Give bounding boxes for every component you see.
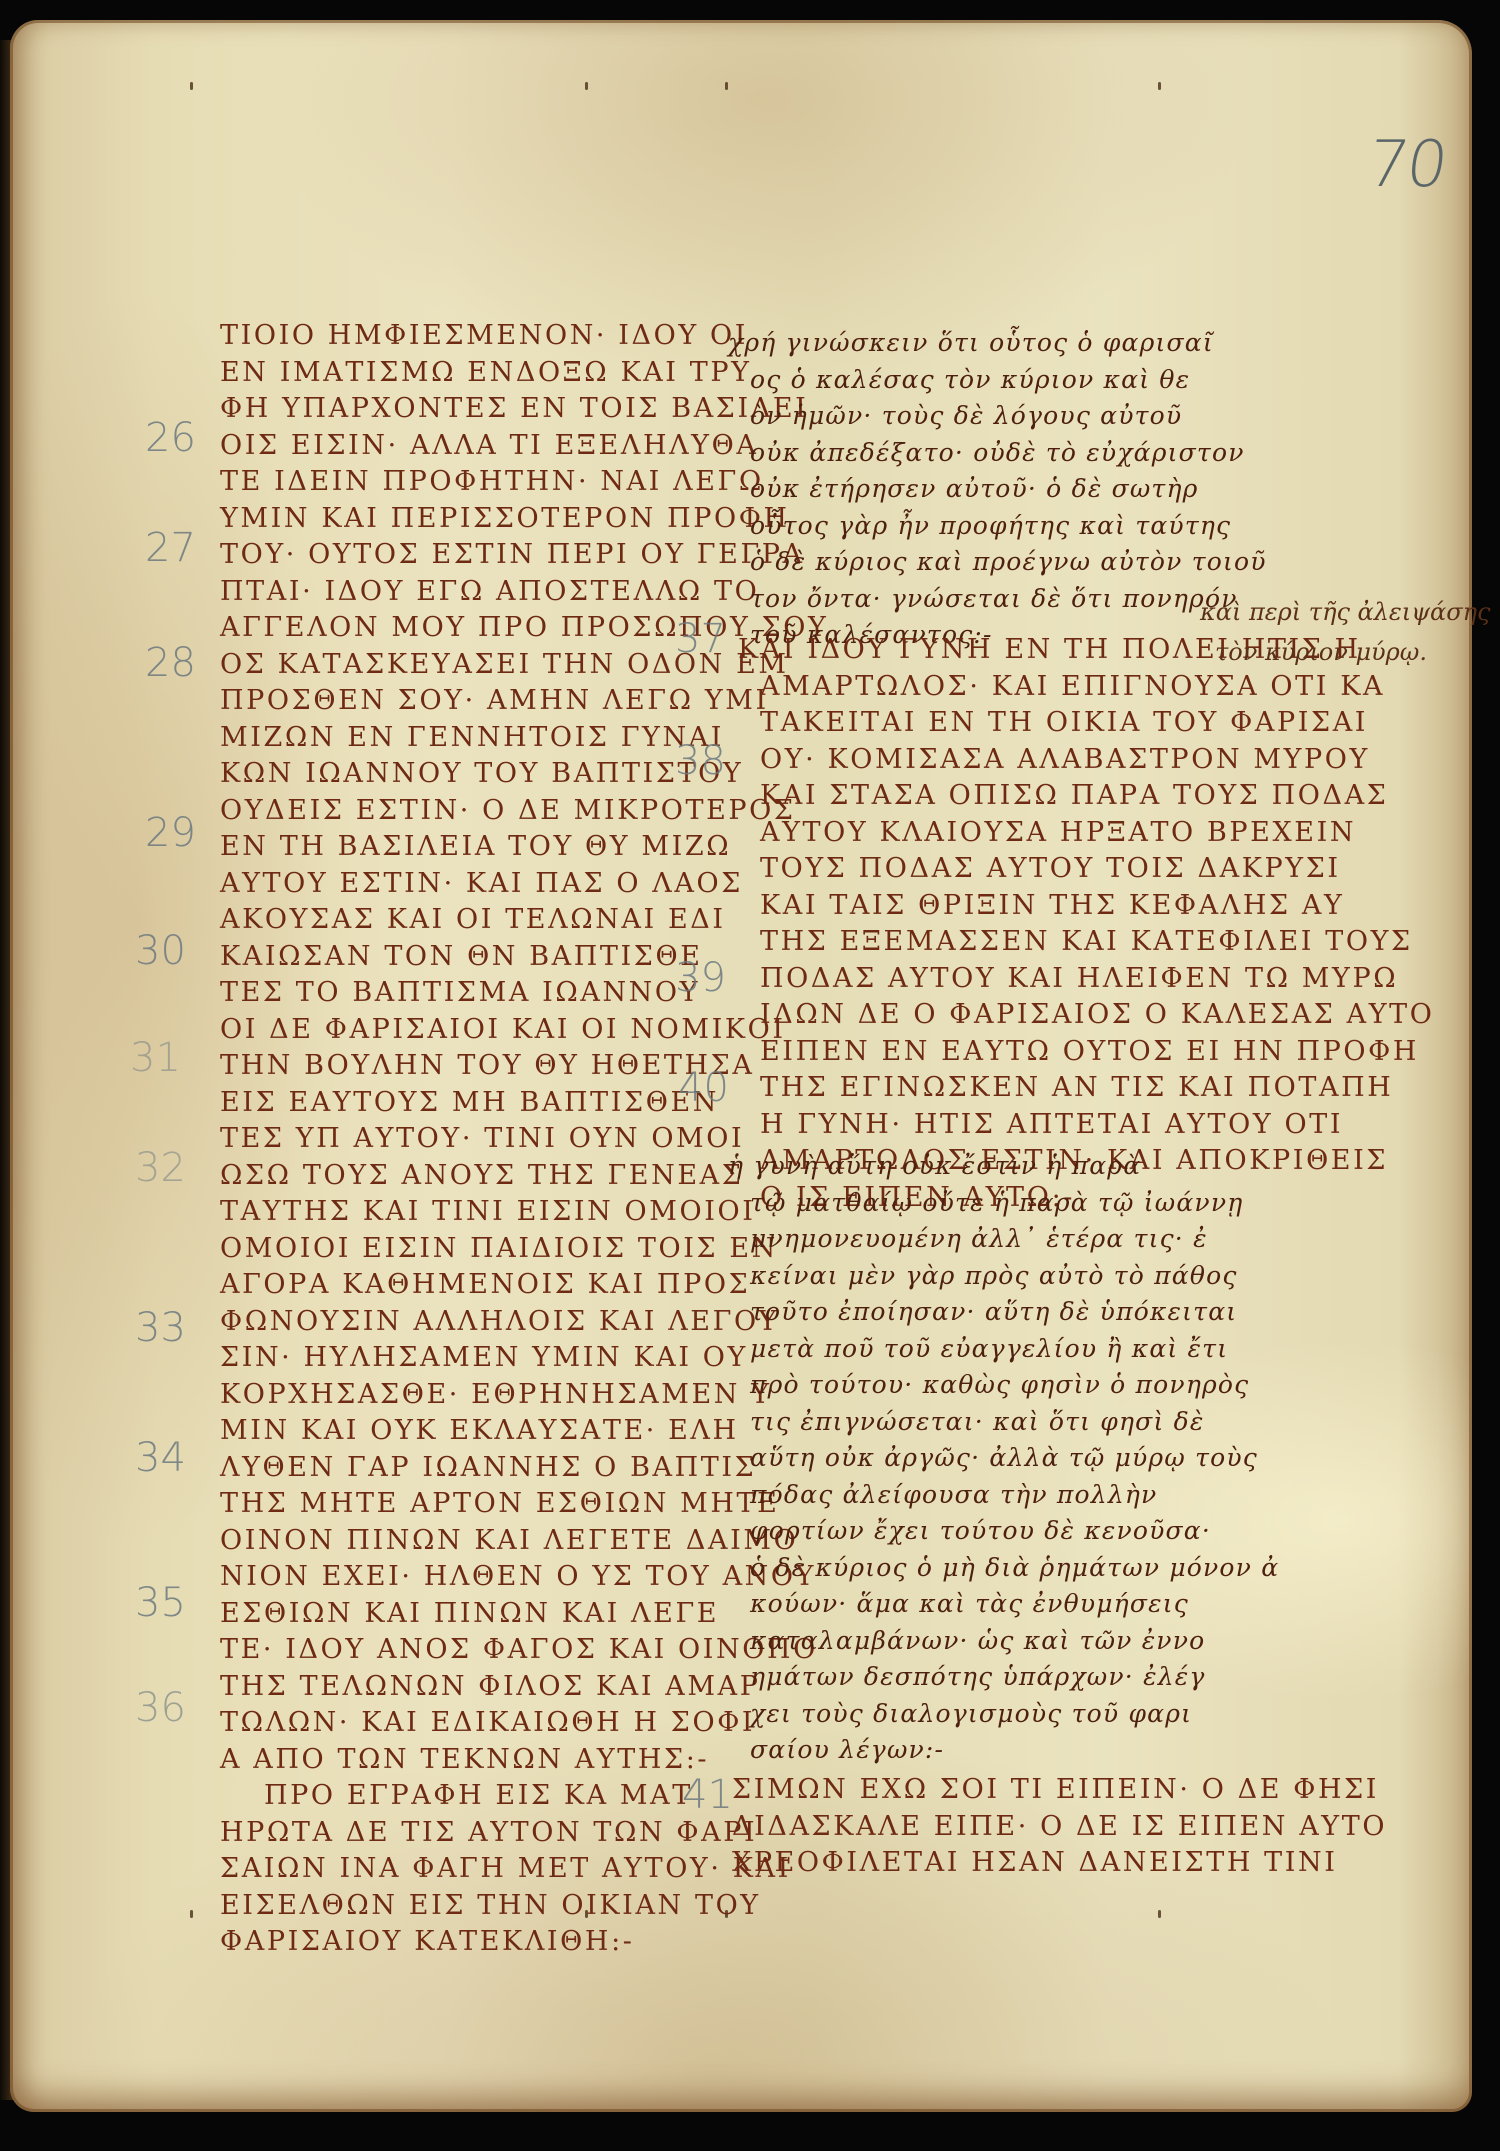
right-column-commentary-bottom: ἡ γυνὴ αὕτη οὐκ ἔστιν ἡ παρὰ τῷ ματθαίῳ … (728, 1148, 1279, 1769)
commentary-line: πόδας ἀλείφουσα τὴν πολλὴν (728, 1477, 1279, 1514)
commentary-line: σαίου λέγων:- (728, 1732, 1279, 1769)
text-line: ΣΙΜΩΝ ΕΧΩ ΣΟΙ ΤΙ ΕΙΠΕΙΝ· Ο ΔΕ ΦΗΣΙ (732, 1772, 1387, 1809)
pricking-mark (190, 82, 193, 90)
text-line: ΤΗΣ ΕΓΙΝΩΣΚΕΝ ΑΝ ΤΙΣ ΚΑΙ ΠΟΤΑΠΗ (738, 1070, 1435, 1107)
text-line: ΤΑΚΕΙΤΑΙ ΕΝ ΤΗ ΟΙΚΙΑ ΤΟΥ ΦΑΡΙΣΑΙ (738, 705, 1435, 742)
pricking-mark (585, 82, 588, 90)
verse-number: 31 (130, 1035, 181, 1081)
right-column-commentary-top: χρή γινώσκειν ὅτι οὗτος ὁ φαρισαῖ ος ὁ κ… (728, 325, 1267, 654)
commentary-line: οὗτος γὰρ ἦν προφήτης καὶ ταύτης (728, 508, 1267, 545)
text-line: ΑΥΤΟΥ ΚΛΑΙΟΥΣΑ ΗΡΞΑΤΟ ΒΡΕΧΕΙΝ (738, 815, 1435, 852)
commentary-line: καταλαμβάνων· ὡς καὶ τῶν ἐννο (728, 1623, 1279, 1660)
commentary-line: ὁ δὲ κύριος καὶ προέγνω αὐτὸν τοιοῦ (728, 544, 1267, 581)
verse-number: 34 (135, 1435, 186, 1481)
text-line: ΙΔΩΝ ΔΕ Ο ΦΑΡΙΣΑΙΟΣ Ο ΚΑΛΕΣΑΣ ΑΥΤΟ (738, 997, 1435, 1034)
verse-number: 26 (145, 415, 196, 461)
verse-number: 37 (675, 616, 726, 662)
verse-number: 30 (135, 928, 186, 974)
commentary-line: ὸν ἡμῶν· τοὺς δὲ λόγους αὐτοῦ (728, 398, 1267, 435)
text-line: ΔΙΔΑΣΚΑΛΕ ΕΙΠΕ· Ο ΔΕ ΙΣ ΕΙΠΕΝ ΑΥΤΟ (732, 1809, 1387, 1846)
verse-number: 41 (682, 1772, 733, 1818)
verse-number: 36 (135, 1685, 186, 1731)
text-line: ΚΑΙ ΤΑΙΣ ΘΡΙΞΙΝ ΤΗΣ ΚΕΦΑΛΗΣ ΑΥ (738, 888, 1435, 925)
commentary-line: τις ἐπιγνώσεται· καὶ ὅτι φησὶ δὲ (728, 1404, 1279, 1441)
commentary-line: ημάτων δεσπότης ὑπάρχων· ἐλέγ (728, 1659, 1279, 1696)
pricking-mark (1158, 82, 1161, 90)
commentary-line: τον ὄντα· γνώσεται δὲ ὅτι πονηρόν (728, 581, 1267, 618)
commentary-line: μετὰ ποῦ τοῦ εὐαγγελίου ἢ καὶ ἔτι (728, 1331, 1279, 1368)
verse-number: 38 (675, 738, 726, 784)
text-line: ΤΗΣ ΕΞΕΜΑΣΣΕΝ ΚΑΙ ΚΑΤΕΦΙΛΕΙ ΤΟΥΣ (738, 924, 1435, 961)
text-line: ΠΟΔΑΣ ΑΥΤΟΥ ΚΑΙ ΗΛΕΙΦΕΝ ΤΩ ΜΥΡΩ (738, 961, 1435, 998)
folio-number: 70 (1363, 128, 1451, 202)
commentary-line: κείναι μὲν γὰρ πρὸς αὐτὸ τὸ πάθος (728, 1258, 1279, 1295)
commentary-line: ἡ γυνὴ αὕτη οὐκ ἔστιν ἡ παρὰ (728, 1148, 1279, 1185)
pricking-mark (190, 1910, 193, 1918)
commentary-line: αὕτη οὐκ ἀργῶς· ἀλλὰ τῷ μύρῳ τοὺς (728, 1440, 1279, 1477)
commentary-line: οὐκ ἀπεδέξατο· οὐδὲ τὸ εὐχάριστον (728, 435, 1267, 472)
text-line: Η ΓΥΝΗ· ΗΤΙΣ ΑΠΤΕΤΑΙ ΑΥΤΟΥ ΟΤΙ (738, 1107, 1435, 1144)
verse-number: 35 (135, 1580, 186, 1626)
verse-number: 27 (145, 525, 196, 571)
text-line: ΟΥ· ΚΟΜΙΣΑΣΑ ΑΛΑΒΑΣΤΡΟΝ ΜΥΡΟΥ (738, 742, 1435, 779)
text-line: ΕΙΠΕΝ ΕΝ ΕΑΥΤΩ ΟΥΤΟΣ ΕΙ ΗΝ ΠΡΟΦΗ (738, 1034, 1435, 1071)
commentary-line: χρή γινώσκειν ὅτι οὗτος ὁ φαρισαῖ (728, 325, 1267, 362)
text-line: ΤΟΥΣ ΠΟΔΑΣ ΑΥΤΟΥ ΤΟΙΣ ΔΑΚΡΥΣΙ (738, 851, 1435, 888)
text-line: ΦΑΡΙΣΑΙΟΥ ΚΑΤΕΚΛΙΘΗ:- (220, 1924, 828, 1961)
verse-number: 33 (135, 1305, 186, 1351)
commentary-line: τῷ ματθαίῳ οὔτε ἡ παρὰ τῷ ἰωάννῃ (728, 1185, 1279, 1222)
verse-number: 32 (135, 1145, 186, 1191)
verse-number: 39 (675, 955, 726, 1001)
marginal-gloss: καὶ περὶ τῆς ἀλειψάσης (1200, 598, 1490, 626)
text-line: ΧΡΕΟΦΙΛΕΤΑΙ ΗΣΑΝ ΔΑΝΕΙΣΤΗ ΤΙΝΙ (732, 1845, 1387, 1882)
marginal-gloss: τὸν κύριον μύρῳ. (1215, 638, 1427, 666)
verse-number: 40 (678, 1065, 729, 1111)
text-line: ΑΜΑΡΤΩΛΟΣ· ΚΑΙ ΕΠΙΓΝΟΥΣΑ ΟΤΙ ΚΑ (738, 669, 1435, 706)
right-column-text-end: ΣΙΜΩΝ ΕΧΩ ΣΟΙ ΤΙ ΕΙΠΕΙΝ· Ο ΔΕ ΦΗΣΙ ΔΙΔΑΣ… (732, 1772, 1387, 1882)
commentary-line: οὐκ ἐτήρησεν αὐτοῦ· ὁ δὲ σωτὴρ (728, 471, 1267, 508)
commentary-line: τοῦτο ἐποίησαν· αὕτη δὲ ὑπόκειται (728, 1294, 1279, 1331)
text-line: ΕΙΣΕΛΘΩΝ ΕΙΣ ΤΗΝ ΟΙΚΙΑΝ ΤΟΥ (220, 1888, 828, 1925)
verse-number: 28 (145, 640, 196, 686)
manuscript-folio: 70 ΤΙΟΙΟ ΗΜΦΙΕΣΜΕΝΟΝ· ΙΔΟΥ ΟΙ ΕΝ ΙΜΑΤΙΣΜ… (10, 20, 1472, 2112)
commentary-line: χει τοὺς διαλογισμοὺς τοῦ φαρι (728, 1696, 1279, 1733)
right-column-text: ΚΑΙ ΙΔΟΥ ΓΥΝΗ ΕΝ ΤΗ ΠΟΛΕΙ ΗΤΙΣ Η ΑΜΑΡΤΩΛ… (738, 632, 1435, 1216)
verse-number: 29 (145, 810, 196, 856)
pricking-mark (1158, 1910, 1161, 1918)
text-line: ΚΑΙ ΣΤΑΣΑ ΟΠΙΣΩ ΠΑΡΑ ΤΟΥΣ ΠΟΔΑΣ (738, 778, 1435, 815)
commentary-line: ὁ δὲ κύριος ὁ μὴ διὰ ῥημάτων μόνον ἀ (728, 1550, 1279, 1587)
commentary-line: πρὸ τούτου· καθὼς φησὶν ὁ πονηρὸς (728, 1367, 1279, 1404)
commentary-line: κούων· ἅμα καὶ τὰς ἐνθυμήσεις (728, 1586, 1279, 1623)
commentary-line: φορτίων ἔχει τούτου δὲ κενοῦσα· (728, 1513, 1279, 1550)
commentary-line: ος ὁ καλέσας τὸν κύριον καὶ θε (728, 362, 1267, 399)
commentary-line: μνημονευομένη ἀλλ᾽ ἑτέρα τις· ἐ (728, 1221, 1279, 1258)
pricking-mark (725, 82, 728, 90)
